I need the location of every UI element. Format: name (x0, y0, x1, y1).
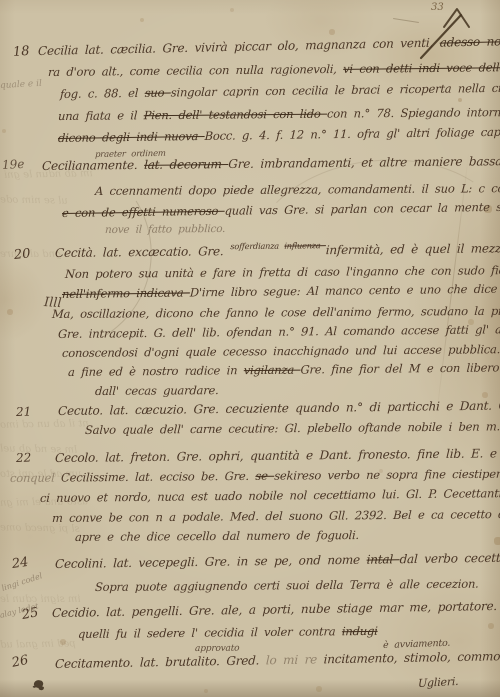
text-segment: Uglieri. (418, 675, 458, 690)
text-segment: conoscendosi d'ogni quale cecesso inacch… (62, 341, 500, 360)
manuscript-line: Uglieri. (418, 676, 458, 689)
text-segment: una fiata e il (58, 108, 144, 123)
struck-text: vi con detti indi voce delle pianticine … (343, 59, 500, 76)
struck-text: e con de effetti numeroso (62, 204, 225, 220)
manuscript-line: apre e che dice cecello dal numero de fo… (75, 530, 359, 543)
entry-number: 22 (16, 451, 32, 464)
manuscript-line: quelli fu il sedere l' cecidia il voler … (78, 626, 378, 641)
text-segment: Cecità. lat. excæcatio. Gre. (55, 244, 231, 260)
manuscript-page: 33 im ab ndun le gniul se nim odegnd al … (0, 0, 500, 697)
entry-number: 19e (2, 158, 25, 171)
struck-text: lat. decorum (144, 157, 229, 172)
struck-text: se (255, 469, 274, 483)
manuscript-line: dall' cecas guardare. (95, 385, 219, 397)
text-segment: dall' cecas guardare. (95, 383, 219, 398)
bleed-through-text: ul se nim ode (0, 195, 68, 206)
manuscript-line: A ccennamenti dopo piede allegrezza, com… (95, 182, 500, 198)
bleed-through-text: im signi cdun le (0, 595, 81, 605)
manuscript-line: a fine ed è nostro radice in vigilanza G… (68, 362, 500, 379)
struck-text: suo (144, 85, 171, 99)
manuscript-line: è avviamento. (383, 639, 450, 651)
text-segment: Bocc. g. 4. f. 12 n.° 11. ofra gl' altri… (204, 123, 500, 143)
text-segment: quelli fu il sedere l' cecidia il voler … (78, 624, 342, 641)
text-segment: Cecilia lat. cæcilia. Gre. vivirà piccar… (38, 36, 440, 58)
manuscript-line: Gre. intracepit. G. dell' lib. ofendan n… (58, 322, 500, 340)
manuscript-line: Cecolo. lat. freton. Gre. ophri, quantit… (55, 445, 500, 464)
entry-number: 18 (13, 45, 30, 59)
manuscript-line: Cecitamento. lat. brutalito. Gred. lo mi… (55, 646, 500, 670)
bleed-through-text: ped im gnal ud (0, 639, 76, 650)
manuscript-line: Cecuto. lat. cæcuzio. Gre. cecuziente qu… (58, 398, 500, 417)
text-segment: Cecitamento. lat. brutalito. Gred. (55, 653, 266, 671)
entry-number: 24 (11, 556, 29, 571)
text-segment: imbrandamenti, et altre maniere bassasse… (260, 152, 500, 171)
struck-text: vigilanza (243, 363, 300, 378)
struck-text: nell'infermo indicava (62, 285, 190, 301)
text-segment: dal verbo cecettique (399, 550, 500, 566)
text-segment: Gre. (228, 157, 261, 171)
manuscript-line: m conve be con n a podale. Med. del suon… (52, 508, 500, 525)
manuscript-line: ci nuovo et nordo, nuca est uado nobile … (40, 486, 500, 504)
manuscript-line: Cecidio. lat. pengelli. Gre. ale, a port… (52, 595, 500, 619)
text-segment: infermità, ed è quel il mezzo che cecile… (325, 239, 500, 257)
text-segment: Cecuto. lat. cæcuzio. Gre. cecuziente qu… (58, 397, 500, 418)
manuscript-line: nove il fatto pubblico. (105, 224, 226, 236)
text-segment: conquel (10, 471, 62, 485)
text-segment: Cecilissime. lat. ecciso be. Gre. (61, 469, 256, 485)
manuscript-line: una fiata e il Pien. dell' testandosi co… (58, 106, 500, 123)
struck-text: dicono degli indi nuova (58, 129, 205, 145)
entry-number: 21 (16, 405, 32, 418)
text-segment: a fine ed è nostro radice in (68, 363, 244, 379)
entry-number: 20 (13, 247, 31, 262)
text-segment: approvato (195, 644, 240, 654)
entry-number: quale e il (0, 80, 42, 91)
text-segment: nove il fatto pubblico. (105, 223, 226, 236)
text-segment: Ma, oscillazione, dicono che fanno le co… (52, 303, 500, 321)
manuscript-line: ra d'oro alt., come cecilia con nulla ra… (48, 61, 500, 79)
entry-number: lingi codel (1, 572, 44, 593)
manuscript-line: fog. c. 88. el suo singolar caprin con c… (60, 81, 500, 100)
entry-number: Illl (44, 296, 62, 310)
foxing-spots (0, 0, 2, 2)
manuscript-line: Salvo quale dell' carne cecutire: Gl. pl… (85, 419, 500, 436)
manuscript-line: conoscendosi d'ogni quale cecesso inacch… (62, 343, 500, 360)
bleed-through-text: sl pi gnecd ome (0, 523, 80, 534)
struck-text: influenza (284, 240, 326, 250)
text-segment: sofferdianza (230, 241, 284, 252)
manuscript-line: Ma, oscillazione, dicono che fanno le co… (52, 305, 500, 320)
text-segment: Sopra puote aggiugnendo certi suoi della… (95, 577, 479, 594)
text-segment: Cecolo. lat. freton. Gre. ophri, quantit… (55, 444, 500, 465)
text-segment: A ccennamenti dopo piede allegrezza, com… (95, 180, 500, 198)
ink-blot (33, 679, 44, 690)
entry-number: 26 (11, 654, 30, 670)
struck-text: adesso nome da vagionandi (440, 32, 500, 50)
manuscript-line: Sopra puote aggiugnendo certi suoi della… (95, 579, 479, 594)
text-segment: singolar caprin con cecilia le braci e r… (171, 79, 500, 99)
text-segment: con n.° 78. Spiegando intorno le sue fog… (327, 104, 500, 121)
text-segment: ra d'oro alt., come cecilia con nulla ra… (48, 62, 344, 79)
manuscript-line: conquel Cecilissime. lat. ecciso be. Gre… (10, 467, 500, 485)
manuscript-line: dicono degli indi nuova Bocc. g. 4. f. 1… (58, 125, 500, 144)
struck-text: intal (366, 552, 400, 566)
text-segment: fog. c. 88. el (60, 86, 145, 101)
text-segment: sekireso verbo ne sopra fine ciestipere … (274, 465, 500, 483)
bleed-through-text: nt il ab un cd imo (0, 419, 89, 431)
text-segment: Cecolini. lat. vecepegli. Gre. in se pe,… (55, 553, 367, 571)
text-segment: Gre. intracepit. G. dell' lib. ofendan n… (58, 320, 500, 341)
text-segment: Cecilianamente. (42, 158, 145, 173)
text-segment: apre e che dice cecello dal numero de fo… (75, 528, 360, 544)
text-segment: lo mi re (266, 652, 324, 667)
struck-text: indugi (342, 624, 378, 638)
text-segment: Salvo quale dell' carne cecutire: Gl. pl… (85, 417, 500, 437)
manuscript-line: approvato (195, 645, 240, 654)
text-segment: ci nuovo et nordo, nuca est uado nobile … (40, 484, 500, 505)
text-segment: Cecidio. lat. pengelli. Gre. ale, a port… (52, 594, 500, 620)
text-segment: è avviamento. (383, 638, 450, 651)
text-segment: Gre. fine fior del M e con libero e cond… (300, 360, 500, 377)
manuscript-line: Cecolini. lat. vecepegli. Gre. in se pe,… (55, 549, 500, 570)
struck-text: Pien. dell' testandosi con lido (143, 107, 327, 123)
text-segment: m conve be con n a podale. Med. del suon… (52, 506, 500, 525)
corner-mark-icon (412, 4, 474, 64)
